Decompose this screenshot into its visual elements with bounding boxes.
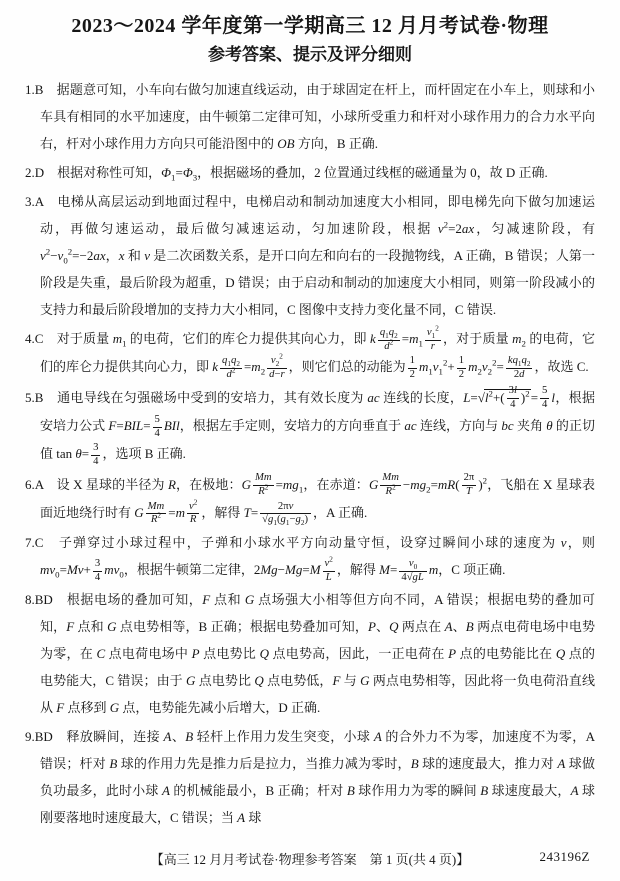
answer-item-5: 5.B 通电导线在匀强磁场中受到的安培力，其有效长度为 ac 连线的长度，L=√…: [25, 384, 595, 469]
answer-item-9: 9.BD 释放瞬间，连接 A、B 轻杆上作用力发生突变，小球 A 的合外力不为零…: [25, 723, 595, 831]
answers-section: 1.B 据题意可知，小车向右做匀加速直线运动，由于球固定在杆上，而杆固定在小车上…: [0, 66, 620, 831]
exam-answer-page: 2023～2024 学年度第一学期高三 12 月月考试卷·物理 参考答案、提示及…: [0, 0, 620, 881]
header: 2023～2024 学年度第一学期高三 12 月月考试卷·物理 参考答案、提示及…: [0, 0, 620, 66]
answer-item-3: 3.A 电梯从高层运动到地面过程中，电梯启动和制动加速度大小相同，即电梯先向下做…: [25, 188, 595, 323]
answer-item-1: 1.B 据题意可知，小车向右做匀加速直线运动，由于球固定在杆上，而杆固定在小车上…: [25, 76, 595, 157]
footer-code: 243196Z: [540, 849, 590, 865]
page-subtitle: 参考答案、提示及评分细则: [0, 44, 620, 66]
answer-item-7: 7.C 子弹穿过小球过程中，子弹和小球水平方向动量守恒，设穿过瞬间小球的速度为 …: [25, 529, 595, 584]
page-footer: 【高三 12 月月考试卷·物理参考答案 第 1 页(共 4 页)】 243196…: [0, 849, 620, 869]
answer-item-6: 6.A 设 X 星球的半径为 R，在极地：GMmR2=mg1，在赤道：GMmR2…: [25, 471, 595, 528]
footer-page-info: 【高三 12 月月考试卷·物理参考答案 第 1 页(共 4 页)】: [151, 852, 470, 867]
answer-item-4: 4.C 对于质量 m1 的电荷，它们的库仑力提供其向心力，即 kq1q2d2=m…: [25, 325, 595, 382]
page-title: 2023～2024 学年度第一学期高三 12 月月考试卷·物理: [0, 13, 620, 39]
answer-item-8: 8.BD 根据电场的叠加可知，F 点和 G 点场强大小相等但方向不同，A 错误；…: [25, 586, 595, 721]
answer-item-2: 2.D 根据对称性可知，Φ1=Φ3，根据磁场的叠加，2 位置通过线框的磁通量为 …: [25, 159, 595, 186]
